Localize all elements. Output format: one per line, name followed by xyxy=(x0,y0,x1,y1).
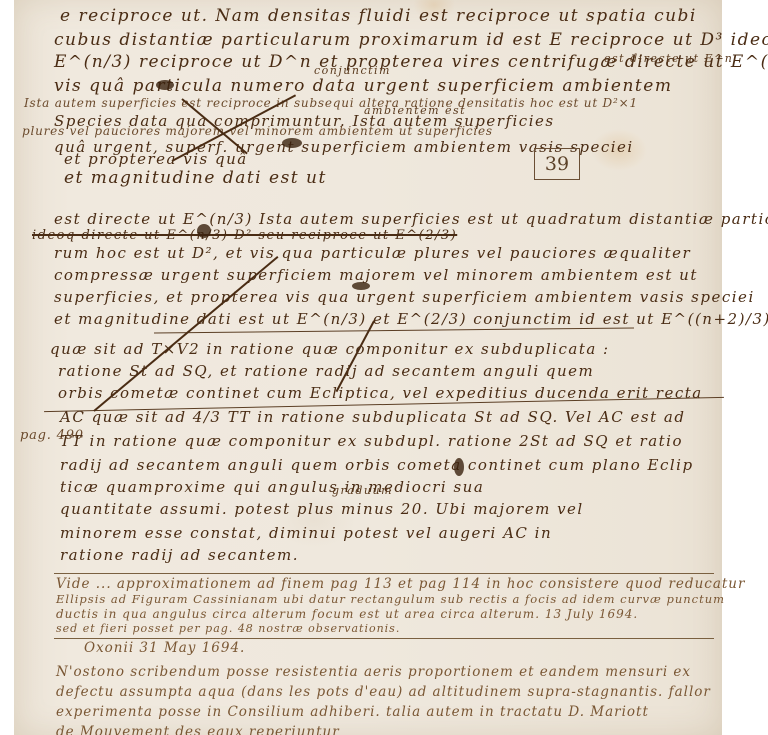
note-line: Ellipsis ad Figuram Cassinianam ubi datu… xyxy=(56,592,725,606)
note-line: defectu assumpta aqua (dans les pots d'e… xyxy=(56,684,711,700)
note-line: N'ostono scribendum posse resistentia ae… xyxy=(56,664,691,680)
text-line: plures vel pauciores majorem vel minorem… xyxy=(22,124,493,138)
interlinear-insert: graduum xyxy=(332,484,393,497)
text-line: quæ sit ad T×V2 in ratione quæ componitu… xyxy=(50,340,610,358)
text-line: compressæ urgent superficiem majorem vel… xyxy=(54,266,698,284)
note-line: Vide ... approximationem ad finem pag 11… xyxy=(56,576,745,592)
text-line: radij ad secantem anguli quem orbis come… xyxy=(60,456,694,474)
text-line: vis quâ particula numero data urgent sup… xyxy=(54,76,672,96)
text-line: et propterea vis quâ xyxy=(64,150,248,168)
text-line: et magnitudine dati est ut xyxy=(64,168,327,188)
text-line: rum hoc est ut D², et vis qua particulæ … xyxy=(54,244,691,262)
interlinear-insert: est directe ut E^n xyxy=(604,52,733,65)
interlinear-insert: ambientem est xyxy=(364,104,466,117)
manuscript-page: e reciproce ut. Nam densitas fluidi est … xyxy=(14,0,722,735)
page-number: 39 xyxy=(545,153,569,175)
note-line: experimenta posse in Consilium adhiberi.… xyxy=(56,704,649,720)
divider-rule xyxy=(154,327,634,333)
signature-date: Oxonii 31 May 1694. xyxy=(84,640,245,656)
ink-blot xyxy=(352,282,370,290)
text-line: Ista autem superficies est reciproce in … xyxy=(24,96,638,110)
page-number-box: 39 xyxy=(534,148,580,180)
text-line: TT in ratione quæ componitur ex subdupl.… xyxy=(60,432,683,450)
ink-blot xyxy=(156,80,174,90)
text-line: quantitate assumi. potest plus minus 20.… xyxy=(60,500,584,518)
text-line: e reciproce ut. Nam densitas fluidi est … xyxy=(60,6,697,26)
note-line: de Mouvement des eaux reperiuntur xyxy=(56,724,340,735)
ink-blot xyxy=(197,224,211,238)
text-line: superficies, et propterea vis qua urgent… xyxy=(54,288,755,306)
struck-line: ideoq directe ut E^(n/3) D² seu reciproc… xyxy=(32,228,457,243)
note-line: sed et fieri posset per pag. 48 nostræ o… xyxy=(56,622,400,635)
text-line: est directe ut E^(n/3) Ista autem superf… xyxy=(54,210,768,228)
text-line: minorem esse constat, diminui potest vel… xyxy=(60,524,552,542)
ink-blot xyxy=(454,458,464,476)
text-line: AC quæ sit ad 4/3 TT in ratione subdupli… xyxy=(60,408,685,426)
text-line: et magnitudine dati est ut E^(n/3) et E^… xyxy=(54,310,768,328)
text-line: ticæ quamproxime qui angulus in mediocri… xyxy=(60,478,484,496)
ink-blot xyxy=(282,138,302,148)
text-line: cubus distantiæ particularum proximarum … xyxy=(54,30,768,50)
note-line: ductis in qua angulus circa alterum focu… xyxy=(56,607,638,621)
text-line: ratione radij ad secantem. xyxy=(60,546,299,564)
